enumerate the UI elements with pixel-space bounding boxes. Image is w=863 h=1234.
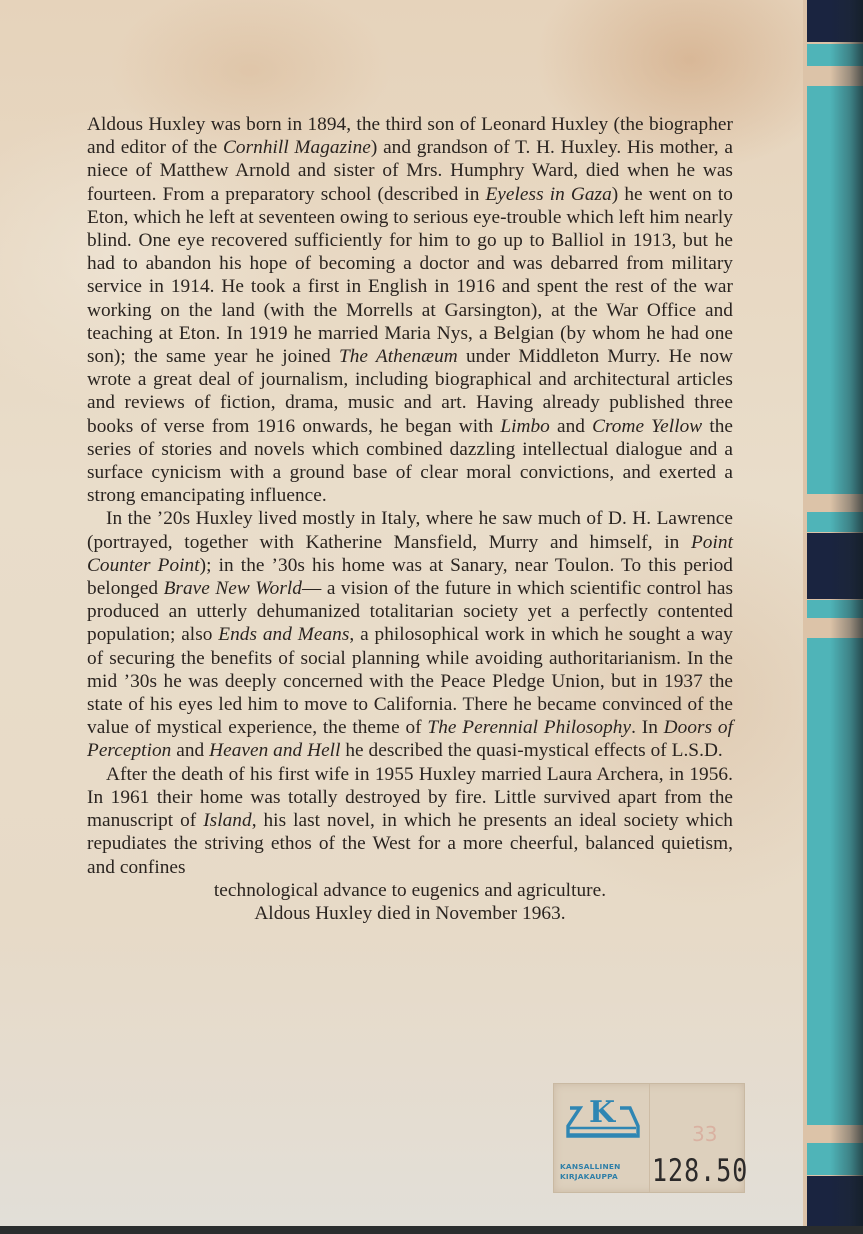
spine-stripe-teal	[807, 512, 863, 532]
text-run: Aldous Huxley died in November 1963.	[254, 903, 565, 924]
bookstore-logo-icon: K	[560, 1090, 644, 1146]
title-reference: Heaven and Hell	[209, 740, 340, 761]
title-reference: Ends and Means	[218, 624, 349, 645]
bookstore-name-line1: KANSALLINEN	[560, 1162, 648, 1172]
title-reference: The Perennial Philosophy	[427, 717, 631, 738]
biography-paragraph: In the ’20s Huxley lived mostly in Italy…	[87, 507, 733, 762]
spine-stripe-teal	[807, 44, 863, 66]
spine-stripe-navy	[807, 1176, 863, 1228]
text-run: technological advance to eugenics and ag…	[214, 880, 606, 901]
bottom-edge	[0, 1226, 863, 1234]
title-reference: Island	[203, 810, 252, 831]
price-sticker: K KANSALLINEN KIRJAKAUPPA 33 128.50	[553, 1083, 745, 1193]
title-reference: Eyeless in Gaza	[485, 184, 611, 205]
text-run: . In	[631, 717, 664, 738]
text-run: and	[171, 740, 209, 761]
title-reference: The Athenæum	[339, 346, 458, 367]
bookstore-name: KANSALLINEN KIRJAKAUPPA	[560, 1162, 648, 1182]
text-run: ) he went on to Eton, which he left at s…	[87, 184, 733, 367]
price-value: 128.50	[652, 1152, 748, 1188]
spine-stripe-teal	[807, 86, 863, 494]
sticker-divider	[649, 1084, 650, 1192]
author-biography: Aldous Huxley was born in 1894, the thir…	[87, 113, 733, 925]
spine-stripe-teal	[807, 1143, 863, 1175]
biography-paragraph: After the death of his first wife in 195…	[87, 763, 733, 879]
title-reference: Brave New World	[164, 578, 302, 599]
text-run: and	[550, 416, 592, 437]
title-reference: Limbo	[500, 416, 550, 437]
title-reference: Cornhill Magazine	[223, 137, 371, 158]
title-reference: Crome Yellow	[592, 416, 702, 437]
spine-stripe-navy	[807, 533, 863, 599]
biography-paragraph: Aldous Huxley was born in 1894, the thir…	[87, 113, 733, 507]
text-run: In the ’20s Huxley lived mostly in Italy…	[87, 508, 733, 552]
text-run: he described the quasi-mystical effects …	[341, 740, 723, 761]
biography-paragraph: technological advance to eugenics and ag…	[87, 879, 733, 902]
faint-stamp: 33	[692, 1122, 717, 1146]
spine-stripe-navy	[807, 0, 863, 42]
bookstore-name-line2: KIRJAKAUPPA	[560, 1172, 648, 1182]
biography-paragraph: Aldous Huxley died in November 1963.	[87, 902, 733, 925]
spine-stripe-teal	[807, 638, 863, 1125]
spine-stripe-teal	[807, 600, 863, 618]
svg-text:K: K	[589, 1095, 616, 1130]
